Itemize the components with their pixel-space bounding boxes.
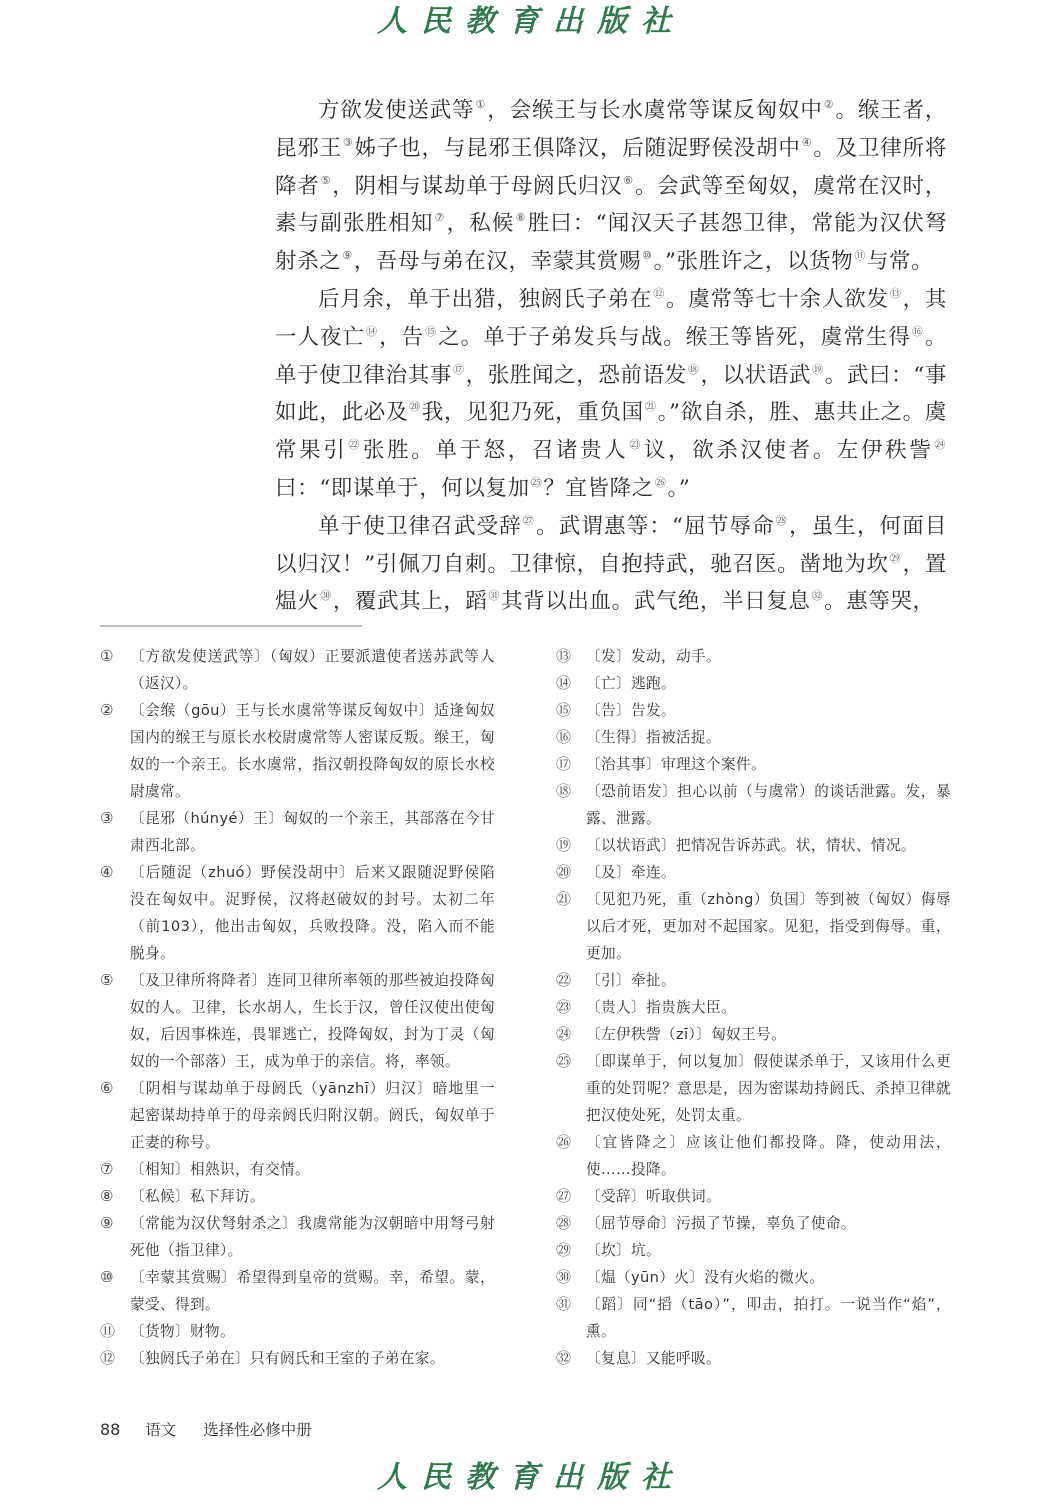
footnotes-left-column: ①〔方欲发使送武等〕（匈奴）正要派遣使者送苏武等人（返汉）。②〔会缑（gōu）王… bbox=[100, 643, 495, 1372]
footnote-item: ㉘〔屈节辱命〕污损了节操，辜负了使命。 bbox=[556, 1210, 951, 1237]
footnote-ref[interactable]: ⑥ bbox=[623, 174, 634, 187]
passage-paragraph: 方欲发使送武等①，会缑王与长水虞常等谋反匈奴中②。缑王者，昆邪王③姊子也，与昆邪… bbox=[275, 92, 947, 281]
footnote-number: ⑮ bbox=[556, 697, 580, 724]
footnote-ref[interactable]: ⑲ bbox=[812, 363, 824, 376]
footnote-text: 私下拜访。 bbox=[190, 1188, 265, 1205]
footnote-ref[interactable]: ㉖ bbox=[655, 476, 667, 489]
passage-text: ，以状语武 bbox=[701, 363, 812, 388]
publisher-logo-footer: 人民教育出版社 bbox=[0, 1458, 1062, 1498]
footnote-number: ⑨ bbox=[100, 1210, 124, 1237]
footnote-term: 〔坎〕 bbox=[586, 1242, 631, 1259]
footnote-ref[interactable]: ⑭ bbox=[366, 325, 378, 338]
footnote-item: ⑦〔相知〕相熟识，有交情。 bbox=[100, 1156, 495, 1183]
footnote-item: ⑱〔恐前语发〕担心以前（与虞常）的谈话泄露。发，暴露、泄露。 bbox=[556, 778, 951, 832]
footnote-item: ⑤〔及卫律所将降者〕连同卫律所率领的那些被迫投降匈奴的人。卫律，长水胡人，生长于… bbox=[100, 967, 495, 1075]
footnote-text: 只有阏氏和王室的子弟在家。 bbox=[250, 1350, 445, 1367]
footnote-term: 〔昆邪（húnyé）王〕 bbox=[130, 810, 283, 827]
footnote-text: 财物。 bbox=[190, 1323, 235, 1340]
footnote-ref[interactable]: ㉘ bbox=[776, 514, 788, 527]
footnote-item: ⑩〔幸蒙其赏赐〕希望得到皇帝的赏赐。幸，希望。蒙，蒙受、得到。 bbox=[100, 1264, 495, 1318]
footnote-ref[interactable]: ⑳ bbox=[409, 400, 421, 413]
footnote-item: ⑭〔亡〕逃跑。 bbox=[556, 670, 951, 697]
footnote-ref[interactable]: ① bbox=[476, 98, 487, 111]
footnote-term: 〔引〕 bbox=[586, 972, 631, 989]
footnote-term: 〔见犯乃死，重（zhòng）负国〕 bbox=[586, 891, 815, 908]
footnote-ref[interactable]: ㉙ bbox=[890, 552, 902, 565]
footnote-number: ㉔ bbox=[556, 1021, 580, 1048]
footnote-number: ⑪ bbox=[100, 1318, 124, 1345]
passage-text: ，吾母与弟在汉，幸蒙其赏赐 bbox=[354, 249, 641, 274]
footnote-number: ㉘ bbox=[556, 1210, 580, 1237]
footnote-number: ⑲ bbox=[556, 832, 580, 859]
passage-text: 曰：“即谋单于，何以复加 bbox=[275, 476, 530, 501]
footnote-term: 〔及〕 bbox=[586, 864, 631, 881]
footnote-number: ㉓ bbox=[556, 994, 580, 1021]
footnote-ref[interactable]: ⑰ bbox=[453, 363, 465, 376]
footnote-term: 〔蹈〕 bbox=[586, 1296, 633, 1313]
passage-text: 。” bbox=[667, 476, 690, 501]
passage-text: 。武谓惠等：“屈节辱命 bbox=[536, 514, 775, 539]
footnote-item: ㉒〔引〕牵扯。 bbox=[556, 967, 951, 994]
footnote-item: ⑰〔治其事〕审理这个案件。 bbox=[556, 751, 951, 778]
footnote-ref[interactable]: ㉔ bbox=[934, 438, 946, 451]
footnote-ref[interactable]: ⑪ bbox=[854, 249, 866, 262]
footnote-number: ㉚ bbox=[556, 1264, 580, 1291]
footnote-number: ④ bbox=[100, 859, 124, 886]
footnote-ref[interactable]: ⑱ bbox=[688, 363, 700, 376]
footnote-text: 发动，动手。 bbox=[631, 648, 721, 665]
footnote-number: ① bbox=[100, 643, 124, 670]
footnote-ref[interactable]: ㉛ bbox=[489, 589, 501, 602]
passage-text: 议，欲杀汉使者。左伊秩訾 bbox=[644, 438, 933, 463]
footnote-term: 〔及卫律所将降者〕 bbox=[130, 972, 267, 989]
footnote-number: ⑳ bbox=[556, 859, 580, 886]
footnote-ref[interactable]: ⑬ bbox=[890, 287, 902, 300]
footnote-ref[interactable]: ⑧ bbox=[516, 211, 527, 224]
footnote-text: 逃跑。 bbox=[631, 675, 676, 692]
footnote-text: 指被活捉。 bbox=[646, 729, 721, 746]
footnote-number: ⑩ bbox=[100, 1264, 124, 1291]
footnote-ref[interactable]: ㉗ bbox=[523, 514, 535, 527]
main-passage: 方欲发使送武等①，会缑王与长水虞常等谋反匈奴中②。缑王者，昆邪王③姊子也，与昆邪… bbox=[275, 92, 947, 621]
footnote-number: ㉒ bbox=[556, 967, 580, 994]
footnote-ref[interactable]: ⑮ bbox=[425, 325, 437, 338]
passage-paragraph: 后月余，单于出猎，独阏氏子弟在⑫。虞常等七十余人欲发⑬，其一人夜亡⑭，告⑮之。单… bbox=[275, 281, 947, 508]
passage-text: 姊子也，与昆邪王俱降汉，后随浞野侯没胡中 bbox=[355, 136, 801, 161]
footnote-term: 〔常能为汉伏弩射杀之〕 bbox=[130, 1215, 297, 1232]
footnote-number: ⑫ bbox=[100, 1345, 124, 1372]
footnote-term: 〔方欲发使送武等〕 bbox=[130, 648, 270, 665]
footnote-ref[interactable]: ③ bbox=[343, 136, 354, 149]
footnote-text: 指贵族大臣。 bbox=[646, 999, 736, 1016]
footnote-ref[interactable]: ⑫ bbox=[653, 287, 665, 300]
footnote-text: 又能呼吸。 bbox=[646, 1350, 721, 1367]
footnote-item: ⑧〔私候〕私下拜访。 bbox=[100, 1183, 495, 1210]
footnote-item: ③〔昆邪（húnyé）王〕匈奴的一个亲王，其部落在今甘肃西北部。 bbox=[100, 805, 495, 859]
footnote-item: ⑥〔阴相与谋劫单于母阏氏（yānzhī）归汉〕暗地里一起密谋劫持单于的母亲阏氏归… bbox=[100, 1075, 495, 1156]
subject-label: 语文 bbox=[145, 1421, 176, 1439]
footnote-item: ㉔〔左伊秩訾（zī）〕匈奴王号。 bbox=[556, 1021, 951, 1048]
footnote-ref[interactable]: ㉑ bbox=[645, 400, 657, 413]
passage-text: ，阴相与谋劫单于母阏氏归汉 bbox=[332, 174, 622, 199]
footnote-term: 〔相知〕 bbox=[130, 1161, 190, 1178]
footnote-item: ㉓〔贵人〕指贵族大臣。 bbox=[556, 994, 951, 1021]
footnote-text: 牵连。 bbox=[631, 864, 676, 881]
footnote-item: ①〔方欲发使送武等〕（匈奴）正要派遣使者送苏武等人（返汉）。 bbox=[100, 643, 495, 697]
footnote-ref[interactable]: ㉓ bbox=[629, 438, 643, 451]
passage-text: 。惠等哭， bbox=[824, 589, 935, 614]
page-number: 88 bbox=[100, 1420, 120, 1439]
publisher-logo-header: 人民教育出版社 bbox=[0, 2, 1062, 42]
footnote-ref[interactable]: ㉚ bbox=[320, 589, 332, 602]
footnote-number: ② bbox=[100, 697, 124, 724]
passage-text: ？宜皆降之 bbox=[543, 476, 654, 501]
footnote-item: ㉑〔见犯乃死，重（zhòng）负国〕等到被（匈奴）侮辱以后才死，更加对不起国家。… bbox=[556, 886, 951, 967]
footnote-number: ㉕ bbox=[556, 1048, 580, 1075]
footnote-ref[interactable]: ⑩ bbox=[642, 249, 652, 262]
footnote-term: 〔恐前语发〕 bbox=[586, 783, 677, 800]
footnote-ref[interactable]: ② bbox=[824, 98, 835, 111]
footnote-term: 〔阴相与谋劫单于母阏氏（yānzhī）归汉〕 bbox=[130, 1080, 433, 1097]
footnote-item: ㉖〔宜皆降之〕应该让他们都投降。降，使动用法，使……投降。 bbox=[556, 1129, 951, 1183]
footnote-number: ㉜ bbox=[556, 1345, 580, 1372]
footnote-item: ⑨〔常能为汉伏弩射杀之〕我虞常能为汉朝暗中用弩弓射死他（指卫律）。 bbox=[100, 1210, 495, 1264]
footnote-number: ⑬ bbox=[556, 643, 580, 670]
passage-text: 之。单于子弟发兵与战。缑王等皆死，虞常生得 bbox=[438, 325, 911, 350]
footnote-item: ㉙〔坎〕坑。 bbox=[556, 1237, 951, 1264]
footnote-ref[interactable]: ⑯ bbox=[912, 325, 924, 338]
footnote-ref[interactable]: ㉕ bbox=[531, 476, 543, 489]
footnote-term: 〔以状语武〕 bbox=[586, 837, 676, 854]
footnote-term: 〔会缑（gōu）王与长水虞常等谋反匈奴中〕 bbox=[130, 702, 434, 719]
footnote-term: 〔左伊秩訾（zī）〕 bbox=[586, 1026, 711, 1043]
footnote-term: 〔生得〕 bbox=[586, 729, 646, 746]
footnote-number: ⑤ bbox=[100, 967, 124, 994]
footnote-term: 〔受辞〕 bbox=[586, 1188, 646, 1205]
passage-paragraph: 单于使卫律召武受辞㉗。武谓惠等：“屈节辱命㉘，虽生，何面目以归汉！”引佩刀自刺。… bbox=[275, 508, 947, 621]
footnote-item: ⑬〔发〕发动，动手。 bbox=[556, 643, 951, 670]
footnote-term: 〔煴（yūn）火〕 bbox=[586, 1269, 704, 1286]
footnote-item: ⑪〔货物〕财物。 bbox=[100, 1318, 495, 1345]
footnote-term: 〔复息〕 bbox=[586, 1350, 646, 1367]
footnote-term: 〔后随浞（zhuó）野侯没胡中〕 bbox=[130, 864, 355, 881]
footnote-item: ④〔后随浞（zhuó）野侯没胡中〕后来又跟随浞野侯陷没在匈奴中。浞野侯，汉将赵破… bbox=[100, 859, 495, 967]
page-footer: 88 语文 选择性必修中册 bbox=[100, 1418, 334, 1442]
footnote-text: 审理这个案件。 bbox=[661, 756, 766, 773]
footnote-number: ⑰ bbox=[556, 751, 580, 778]
footnote-number: ㉙ bbox=[556, 1237, 580, 1264]
footnote-text: 相熟识，有交情。 bbox=[190, 1161, 310, 1178]
footnote-text: 告发。 bbox=[631, 702, 676, 719]
footnote-text: 污损了节操，辜负了使命。 bbox=[676, 1215, 856, 1232]
footnote-term: 〔即谋单于，何以复加〕 bbox=[586, 1053, 753, 1070]
passage-text: 方欲发使送武等 bbox=[318, 98, 475, 123]
footnote-ref[interactable]: ⑦ bbox=[435, 211, 446, 224]
footnote-item: ⑯〔生得〕指被活捉。 bbox=[556, 724, 951, 751]
footnote-number: ⑦ bbox=[100, 1156, 124, 1183]
footnote-text: 匈奴王号。 bbox=[711, 1026, 786, 1043]
footnote-text: 听取供词。 bbox=[646, 1188, 721, 1205]
passage-text: ，覆武其上，蹈 bbox=[333, 589, 488, 614]
passage-text: 张胜。单于怒，召诸贵人 bbox=[363, 438, 628, 463]
footnote-term: 〔亡〕 bbox=[586, 675, 631, 692]
passage-text: 后月余，单于出猎，独阏氏子弟在 bbox=[318, 287, 652, 312]
footnote-text: 没有火焰的微火。 bbox=[704, 1269, 824, 1286]
footnote-text: 牵扯。 bbox=[631, 972, 676, 989]
footnote-number: ㉑ bbox=[556, 886, 580, 913]
footnote-number: ⑱ bbox=[556, 778, 580, 805]
footnote-term: 〔告〕 bbox=[586, 702, 631, 719]
passage-text: 我，见犯乃死，重负国 bbox=[422, 400, 644, 425]
footnote-number: ⑯ bbox=[556, 724, 580, 751]
footnote-term: 〔治其事〕 bbox=[586, 756, 661, 773]
footnote-ref[interactable]: ④ bbox=[802, 136, 813, 149]
footnote-item: ⑲〔以状语武〕把情况告诉苏武。状，情状、情况。 bbox=[556, 832, 951, 859]
passage-text: ，私候 bbox=[447, 211, 515, 236]
footnote-item: ㉚〔煴（yūn）火〕没有火焰的微火。 bbox=[556, 1264, 951, 1291]
footnote-term: 〔私候〕 bbox=[130, 1188, 190, 1205]
footnote-item: ㉜〔复息〕又能呼吸。 bbox=[556, 1345, 951, 1372]
footnote-ref[interactable]: ⑨ bbox=[342, 249, 352, 262]
footnote-ref[interactable]: ⑤ bbox=[321, 174, 332, 187]
footnotes-right-column: ⑬〔发〕发动，动手。⑭〔亡〕逃跑。⑮〔告〕告发。⑯〔生得〕指被活捉。⑰〔治其事〕… bbox=[556, 643, 951, 1372]
footnote-number: ⑧ bbox=[100, 1183, 124, 1210]
footnote-text: 同“搯（tāo）”，叩击，拍打。一说当作“焰”，熏。 bbox=[586, 1296, 951, 1340]
footnote-item: ②〔会缑（gōu）王与长水虞常等谋反匈奴中〕适逢匈奴国内的缑王与原长水校尉虞常等… bbox=[100, 697, 495, 805]
footnote-number: ⑥ bbox=[100, 1075, 124, 1102]
book-title: 选择性必修中册 bbox=[203, 1421, 312, 1439]
footnote-item: ⑫〔独阏氏子弟在〕只有阏氏和王室的子弟在家。 bbox=[100, 1345, 495, 1372]
passage-text: 单于使卫律召武受辞 bbox=[318, 514, 522, 539]
footnote-term: 〔独阏氏子弟在〕 bbox=[130, 1350, 250, 1367]
passage-text: 。”张胜许之，以货物 bbox=[654, 249, 854, 274]
footnote-number: ⑭ bbox=[556, 670, 580, 697]
footnote-term: 〔宜皆降之〕 bbox=[586, 1134, 686, 1151]
footnote-item: ㉕〔即谋单于，何以复加〕假使谋杀单于，又该用什么更重的处罚呢？意思是，因为密谋劫… bbox=[556, 1048, 951, 1129]
footnote-ref[interactable]: ㉒ bbox=[348, 438, 362, 451]
footnote-number: ㉛ bbox=[556, 1291, 580, 1318]
footnote-item: ㉗〔受辞〕听取供词。 bbox=[556, 1183, 951, 1210]
footnote-text: 坑。 bbox=[631, 1242, 661, 1259]
passage-text: ，告 bbox=[379, 325, 424, 350]
footnote-ref[interactable]: ㉜ bbox=[812, 589, 824, 602]
footnote-number: ㉗ bbox=[556, 1183, 580, 1210]
footnote-term: 〔屈节辱命〕 bbox=[586, 1215, 676, 1232]
passage-text: ，张胜闻之，恐前语发 bbox=[466, 363, 687, 388]
passage-text: 与常。 bbox=[867, 249, 933, 274]
footnote-item: ⑳〔及〕牵连。 bbox=[556, 859, 951, 886]
footnote-item: ⑮〔告〕告发。 bbox=[556, 697, 951, 724]
footnote-term: 〔幸蒙其赏赐〕 bbox=[130, 1269, 237, 1286]
footnote-number: ③ bbox=[100, 805, 124, 832]
footnote-item: ㉛〔蹈〕同“搯（tāo）”，叩击，拍打。一说当作“焰”，熏。 bbox=[556, 1291, 951, 1345]
passage-text: ，会缑王与长水虞常等谋反匈奴中 bbox=[487, 98, 822, 123]
passage-text: 其背以出血。武气绝，半日复息 bbox=[501, 589, 810, 614]
footnote-term: 〔货物〕 bbox=[130, 1323, 190, 1340]
footnote-divider bbox=[100, 625, 362, 627]
footnote-number: ㉖ bbox=[556, 1129, 580, 1156]
footnote-text: 把情况告诉苏武。状，情状、情况。 bbox=[676, 837, 916, 854]
footnote-term: 〔贵人〕 bbox=[586, 999, 646, 1016]
passage-text: 。虞常等七十余人欲发 bbox=[666, 287, 889, 312]
footnote-term: 〔发〕 bbox=[586, 648, 631, 665]
